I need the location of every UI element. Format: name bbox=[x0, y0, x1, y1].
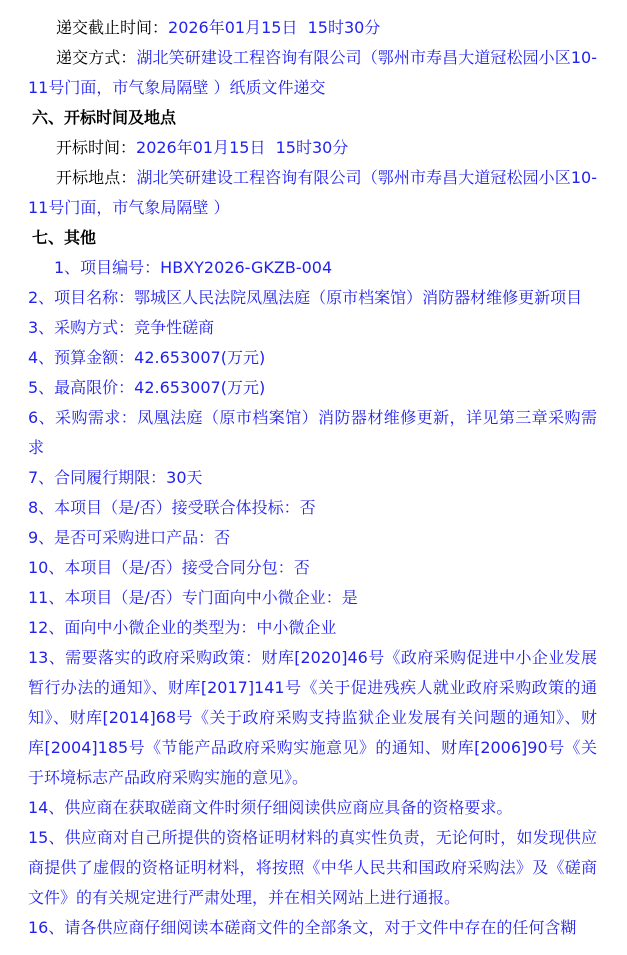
item-consortium-bidding: 8、本项目（是/否）接受联合体投标：否 bbox=[28, 493, 597, 523]
heading-section-seven-other: 七、其他 bbox=[28, 223, 597, 253]
bid-opening-time-value: 2026年01月15日 15时30分 bbox=[136, 138, 348, 157]
submission-method-label: 递交方式： bbox=[56, 48, 136, 67]
bid-opening-time-label: 开标时间： bbox=[56, 138, 136, 157]
item-qualification-authenticity: 15、供应商对自己所提供的资格证明材料的真实性负责，无论何时，如发现供应商提供了… bbox=[28, 823, 597, 913]
item-sme-type: 12、面向中小微企业的类型为：中小微企业 bbox=[28, 613, 597, 643]
item-procurement-requirements: 6、采购需求：凤凰法庭（原市档案馆）消防器材维修更新，详见第三章采购需求 bbox=[28, 403, 597, 463]
item-government-procurement-policies: 13、需要落实的政府采购政策：财库[2020]46号《政府采购促进中小企业发展暂… bbox=[28, 643, 597, 793]
item-project-number: 1、项目编号：HBXY2026-GKZB-004 bbox=[28, 253, 597, 283]
item-imported-products: 9、是否可采购进口产品：否 bbox=[28, 523, 597, 553]
item-procurement-method: 3、采购方式：竞争性磋商 bbox=[28, 313, 597, 343]
submission-deadline-value: 2026年01月15日 15时30分 bbox=[168, 18, 380, 37]
field-bid-opening-time: 开标时间：2026年01月15日 15时30分 bbox=[28, 133, 597, 163]
item-contract-performance-period: 7、合同履行期限：30天 bbox=[28, 463, 597, 493]
heading-section-six-bid-opening: 六、开标时间及地点 bbox=[28, 103, 597, 133]
item-contract-subcontracting: 10、本项目（是/否）接受合同分包：否 bbox=[28, 553, 597, 583]
field-submission-deadline: 递交截止时间：2026年01月15日 15时30分 bbox=[28, 13, 597, 43]
field-submission-method: 递交方式：湖北笑研建设工程咨询有限公司（鄂州市寿昌大道冠松园小区10-11号门面… bbox=[28, 43, 597, 103]
procurement-document-page: 递交截止时间：2026年01月15日 15时30分 递交方式：湖北笑研建设工程咨… bbox=[0, 0, 627, 955]
item-sme-targeted: 11、本项目（是/否）专门面向中小微企业：是 bbox=[28, 583, 597, 613]
item-budget-amount: 4、预算金额：42.653007(万元) bbox=[28, 343, 597, 373]
submission-deadline-label: 递交截止时间： bbox=[56, 18, 168, 37]
item-read-qualification-requirements: 14、供应商在获取磋商文件时须仔细阅读供应商应具备的资格要求。 bbox=[28, 793, 597, 823]
item-maximum-price-limit: 5、最高限价：42.653007(万元) bbox=[28, 373, 597, 403]
field-bid-opening-location: 开标地点：湖北笑研建设工程咨询有限公司（鄂州市寿昌大道冠松园小区10-11号门面… bbox=[28, 163, 597, 223]
bid-opening-location-label: 开标地点： bbox=[56, 168, 136, 187]
item-read-all-terms: 16、请各供应商仔细阅读本磋商文件的全部条文，对于文件中存在的任何含糊 bbox=[28, 913, 597, 943]
item-project-name: 2、项目名称：鄂城区人民法院凤凰法庭（原市档案馆）消防器材维修更新项目 bbox=[28, 283, 597, 313]
